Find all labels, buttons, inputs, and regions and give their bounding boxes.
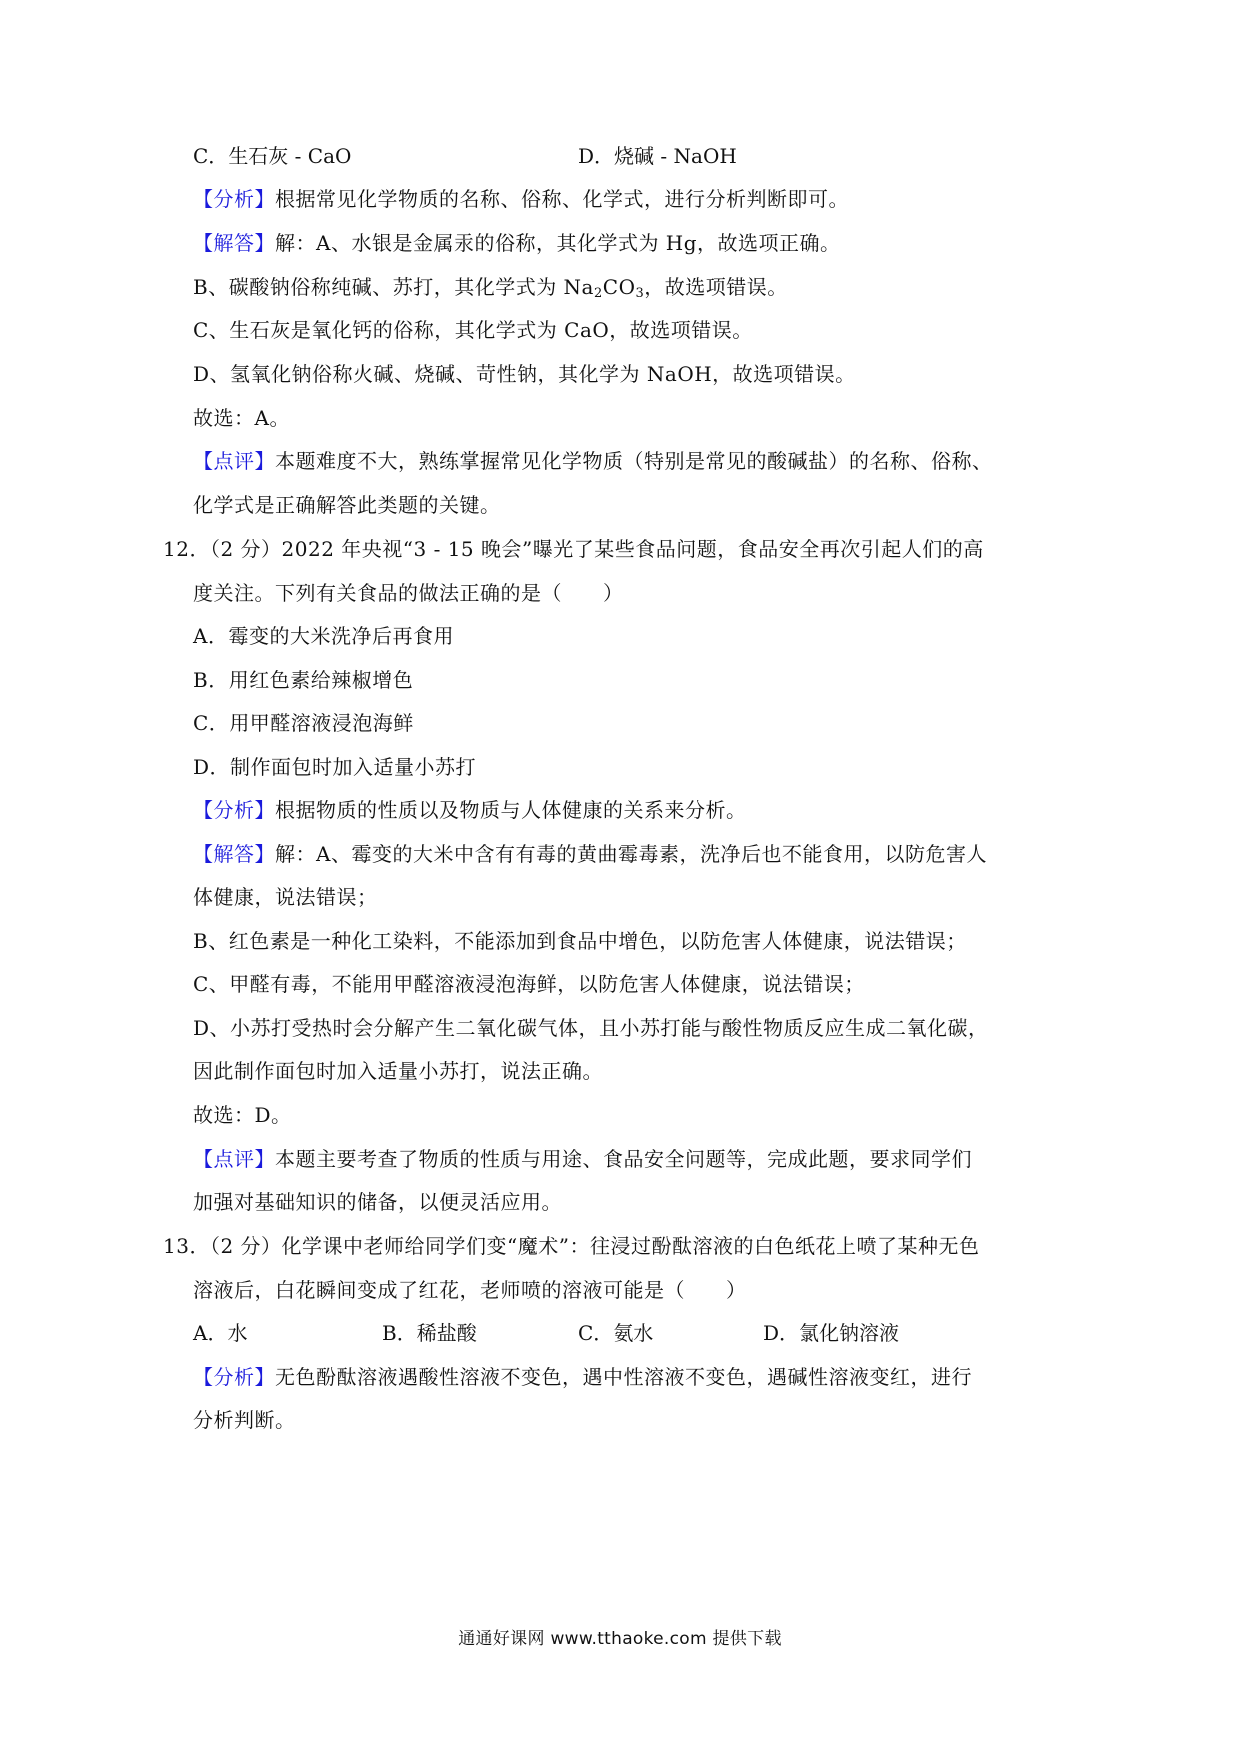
analysis-text: 根据物质的性质以及物质与人体健康的关系来分析。 xyxy=(275,798,747,822)
comment-label: 【点评】 xyxy=(193,449,275,473)
answer-text: CO xyxy=(603,275,636,299)
subscript: 2 xyxy=(594,286,603,301)
option-letter: C． xyxy=(578,1321,613,1345)
q11-choice: 故选：A。 xyxy=(193,405,290,431)
q12-comment-line2: 加强对基础知识的储备，以便灵活应用。 xyxy=(193,1189,562,1215)
answer-label: 【解答】 xyxy=(193,842,275,866)
option-letter: B． xyxy=(382,1321,417,1345)
comment-text: 本题主要考查了物质的性质与用途、食品安全问题等，完成此题，要求同学们 xyxy=(275,1147,972,1171)
subscript: 3 xyxy=(635,286,644,301)
answer-text: ，故选项错误。 xyxy=(644,275,788,299)
analysis-label: 【分析】 xyxy=(193,187,275,211)
q12-option-a: A．霉变的大米洗净后再食用 xyxy=(193,623,454,649)
q13-option-b: B．稀盐酸 xyxy=(382,1320,477,1346)
option-letter: A． xyxy=(193,624,228,648)
q12-stem: 12．（2 分）2022 年央视“3 - 15 晚会”曝光了某些食品问题，食品安… xyxy=(163,536,984,562)
option-text: 稀盐酸 xyxy=(417,1321,477,1345)
q12-answer-d-line2: 因此制作面包时加入适量小苏打，说法正确。 xyxy=(193,1058,603,1084)
q13-stem-line2: 溶液后，白花瞬间变成了红花，老师喷的溶液可能是（ ） xyxy=(193,1277,747,1303)
q11-answer-b: B、碳酸钠俗称纯碱、苏打，其化学式为 Na2CO3，故选项错误。 xyxy=(193,274,788,300)
comment-label: 【点评】 xyxy=(193,1147,275,1171)
answer-text: 解：A、水银是金属汞的俗称，其化学式为 Hg，故选项正确。 xyxy=(275,231,841,255)
q13-stem: 13．（2 分）化学课中老师给同学们变“魔术”：往浸过酚酞溶液的白色纸花上喷了某… xyxy=(163,1233,979,1259)
q13-option-a: A．水 xyxy=(193,1320,247,1346)
option-text: 制作面包时加入适量小苏打 xyxy=(230,755,476,779)
option-letter: A． xyxy=(193,1321,227,1345)
analysis-text: 无色酚酞溶液遇酸性溶液不变色，遇中性溶液不变色，遇碱性溶液变红，进行 xyxy=(275,1365,972,1389)
analysis-text: 根据常见化学物质的名称、俗称、化学式，进行分析判断即可。 xyxy=(275,187,849,211)
q12-answer: 【解答】解：A、霉变的大米中含有有毒的黄曲霉毒素，洗净后也不能食用，以防危害人 xyxy=(193,841,987,867)
q11-option-c: C．生石灰 - CaO xyxy=(193,143,351,169)
option-text: 用红色素给辣椒增色 xyxy=(229,668,414,692)
option-text: 烧碱 - NaOH xyxy=(614,144,737,168)
option-letter: C． xyxy=(193,144,228,168)
q12-option-b: B．用红色素给辣椒增色 xyxy=(193,667,413,693)
answer-text: B、碳酸钠俗称纯碱、苏打，其化学式为 Na xyxy=(193,275,594,299)
option-text: 水 xyxy=(227,1321,247,1345)
option-letter: D． xyxy=(763,1321,799,1345)
answer-text: 解：A、霉变的大米中含有有毒的黄曲霉毒素，洗净后也不能食用，以防危害人 xyxy=(275,842,987,866)
q13-option-c: C．氨水 xyxy=(578,1320,653,1346)
q13-option-d: D．氯化钠溶液 xyxy=(763,1320,899,1346)
q11-answer: 【解答】解：A、水银是金属汞的俗称，其化学式为 Hg，故选项正确。 xyxy=(193,230,841,256)
q13-analysis-line2: 分析判断。 xyxy=(193,1407,296,1433)
option-text: 生石灰 - CaO xyxy=(228,144,351,168)
option-letter: C． xyxy=(193,711,229,735)
q11-comment-line2: 化学式是正确解答此类题的关键。 xyxy=(193,492,501,518)
option-text: 霉变的大米洗净后再食用 xyxy=(228,624,454,648)
q12-choice: 故选：D。 xyxy=(193,1102,292,1128)
option-letter: D． xyxy=(578,144,614,168)
option-text: 氨水 xyxy=(613,1321,653,1345)
q12-option-d: D．制作面包时加入适量小苏打 xyxy=(193,754,476,780)
q12-answer-c: C、甲醛有毒，不能用甲醛溶液浸泡海鲜，以防危害人体健康，说法错误； xyxy=(193,971,865,997)
option-letter: D． xyxy=(193,755,230,779)
option-text: 用甲醛溶液浸泡海鲜 xyxy=(229,711,414,735)
q12-stem-line2: 度关注。下列有关食品的做法正确的是（ ） xyxy=(193,580,624,606)
q13-analysis: 【分析】无色酚酞溶液遇酸性溶液不变色，遇中性溶液不变色，遇碱性溶液变红，进行 xyxy=(193,1364,972,1390)
comment-text: 本题难度不大，熟练掌握常见化学物质（特别是常见的酸碱盐）的名称、俗称、 xyxy=(275,449,993,473)
q12-answer-d: D、小苏打受热时会分解产生二氧化碳气体，且小苏打能与酸性物质反应生成二氧化碳， xyxy=(193,1015,989,1041)
q12-comment: 【点评】本题主要考查了物质的性质与用途、食品安全问题等，完成此题，要求同学们 xyxy=(193,1146,972,1172)
document-page: C．生石灰 - CaO D．烧碱 - NaOH 【分析】根据常见化学物质的名称、… xyxy=(0,0,1240,1754)
option-text: 氯化钠溶液 xyxy=(799,1321,899,1345)
page-footer: 通通好课网 www.tthaoke.com 提供下载 xyxy=(0,1624,1240,1649)
q12-analysis: 【分析】根据物质的性质以及物质与人体健康的关系来分析。 xyxy=(193,797,747,823)
q12-answer-line2: 体健康，说法错误； xyxy=(193,884,378,910)
q11-comment: 【点评】本题难度不大，熟练掌握常见化学物质（特别是常见的酸碱盐）的名称、俗称、 xyxy=(193,448,993,474)
analysis-label: 【分析】 xyxy=(193,798,275,822)
q11-option-d: D．烧碱 - NaOH xyxy=(578,143,737,169)
q11-analysis: 【分析】根据常见化学物质的名称、俗称、化学式，进行分析判断即可。 xyxy=(193,186,849,212)
answer-label: 【解答】 xyxy=(193,231,275,255)
option-letter: B． xyxy=(193,668,229,692)
q12-answer-b: B、红色素是一种化工染料，不能添加到食品中增色，以防危害人体健康，说法错误； xyxy=(193,928,967,954)
q11-answer-d: D、氢氧化钠俗称火碱、烧碱、苛性钠，其化学为 NaOH，故选项错误。 xyxy=(193,361,856,387)
analysis-label: 【分析】 xyxy=(193,1365,275,1389)
q12-option-c: C．用甲醛溶液浸泡海鲜 xyxy=(193,710,414,736)
q11-answer-c: C、生石灰是氧化钙的俗称，其化学式为 CaO，故选项错误。 xyxy=(193,317,753,343)
